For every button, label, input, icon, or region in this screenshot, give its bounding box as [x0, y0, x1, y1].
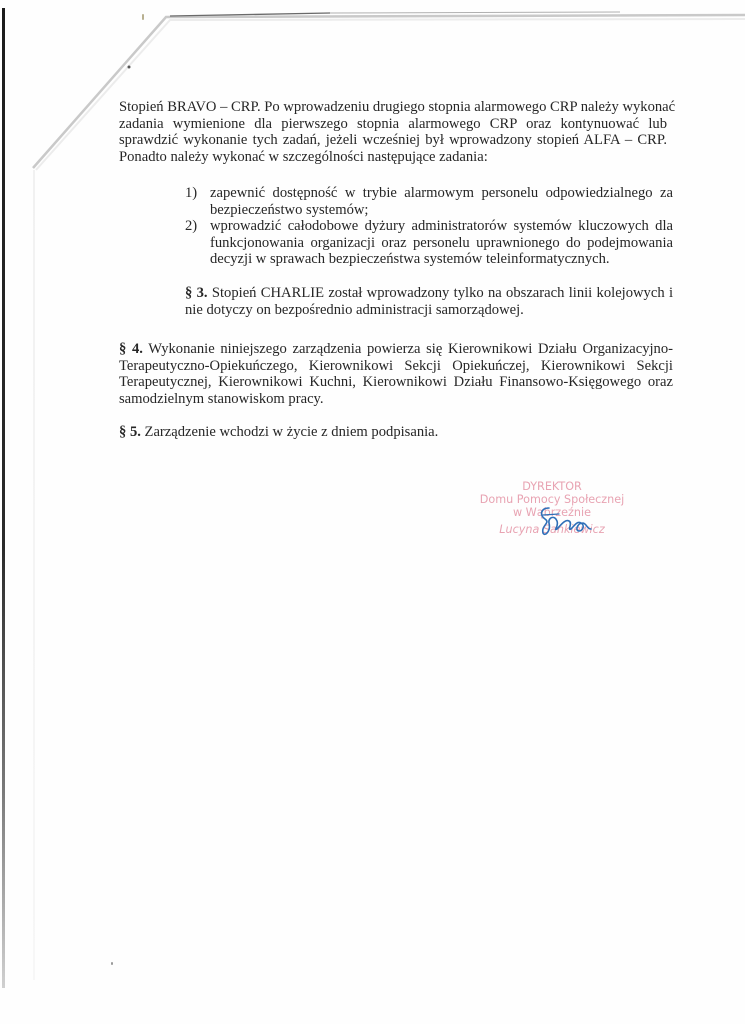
list-item: 1) zapewnić dostępność w trybie alarmowy… [185, 185, 673, 218]
text-line: Stopień BRAVO – CRP. Po wprowadzeniu dru… [119, 99, 667, 116]
text-line: § 4. Wykonanie niniejszego zarządzenia p… [119, 341, 673, 358]
handwritten-signature [535, 505, 595, 537]
list-number: 1) [185, 185, 197, 202]
list-number: 2) [185, 218, 197, 235]
text-line: § 3. Stopień CHARLIE został wprowadzony … [185, 285, 673, 302]
text-line: zapewnić dostępność w trybie alarmowym p… [210, 185, 673, 202]
section-marker: § 4. [119, 341, 143, 357]
text-line: wprowadzić całodobowe dyżury administrat… [210, 218, 673, 235]
scan-speck [111, 962, 113, 965]
text-line: nie dotyczy on bezpośrednio administracj… [185, 302, 673, 319]
section-marker: § 3. [185, 285, 208, 301]
text-line: zadania wymienione dla pierwszego stopni… [119, 116, 667, 133]
section-3: § 3. Stopień CHARLIE został wprowadzony … [185, 285, 673, 318]
scan-speck [142, 14, 144, 20]
scan-shadow-line [33, 170, 35, 980]
text-line: samodzielnym stanowiskom pracy. [119, 391, 673, 408]
text-line: bezpieczeństwo systemów; [210, 202, 673, 219]
section-5: § 5. Zarządzenie wchodzi w życie z dniem… [119, 424, 519, 441]
task-list: 1) zapewnić dostępność w trybie alarmowy… [185, 185, 673, 268]
list-item: 2) wprowadzić całodobowe dyżury administ… [185, 218, 673, 268]
section-marker: § 5. [119, 424, 141, 440]
text-line: sprawdzić wykonanie tych zadań, jeżeli w… [119, 132, 667, 149]
paragraph-bravo: Stopień BRAVO – CRP. Po wprowadzeniu dru… [119, 99, 667, 165]
text-line: Terapeutycznej, Kierownikowi Kuchni, Kie… [119, 374, 673, 391]
section-4: § 4. Wykonanie niniejszego zarządzenia p… [119, 341, 673, 407]
text-line: § 5. Zarządzenie wchodzi w życie z dniem… [119, 424, 519, 441]
text-line: funkcjonowania organizacji oraz personel… [210, 235, 673, 252]
text-line: Ponadto należy wykonać w szczególności n… [119, 149, 667, 166]
stamp-title: DYREKTOR [462, 480, 642, 493]
scanned-page: Stopień BRAVO – CRP. Po wprowadzeniu dru… [0, 0, 745, 1024]
text-line: decyzji w sprawach bezpieczeństwa system… [210, 251, 673, 268]
text-line: Terapeutyczno-Opiekuńczego, Kierownikowi… [119, 358, 673, 375]
